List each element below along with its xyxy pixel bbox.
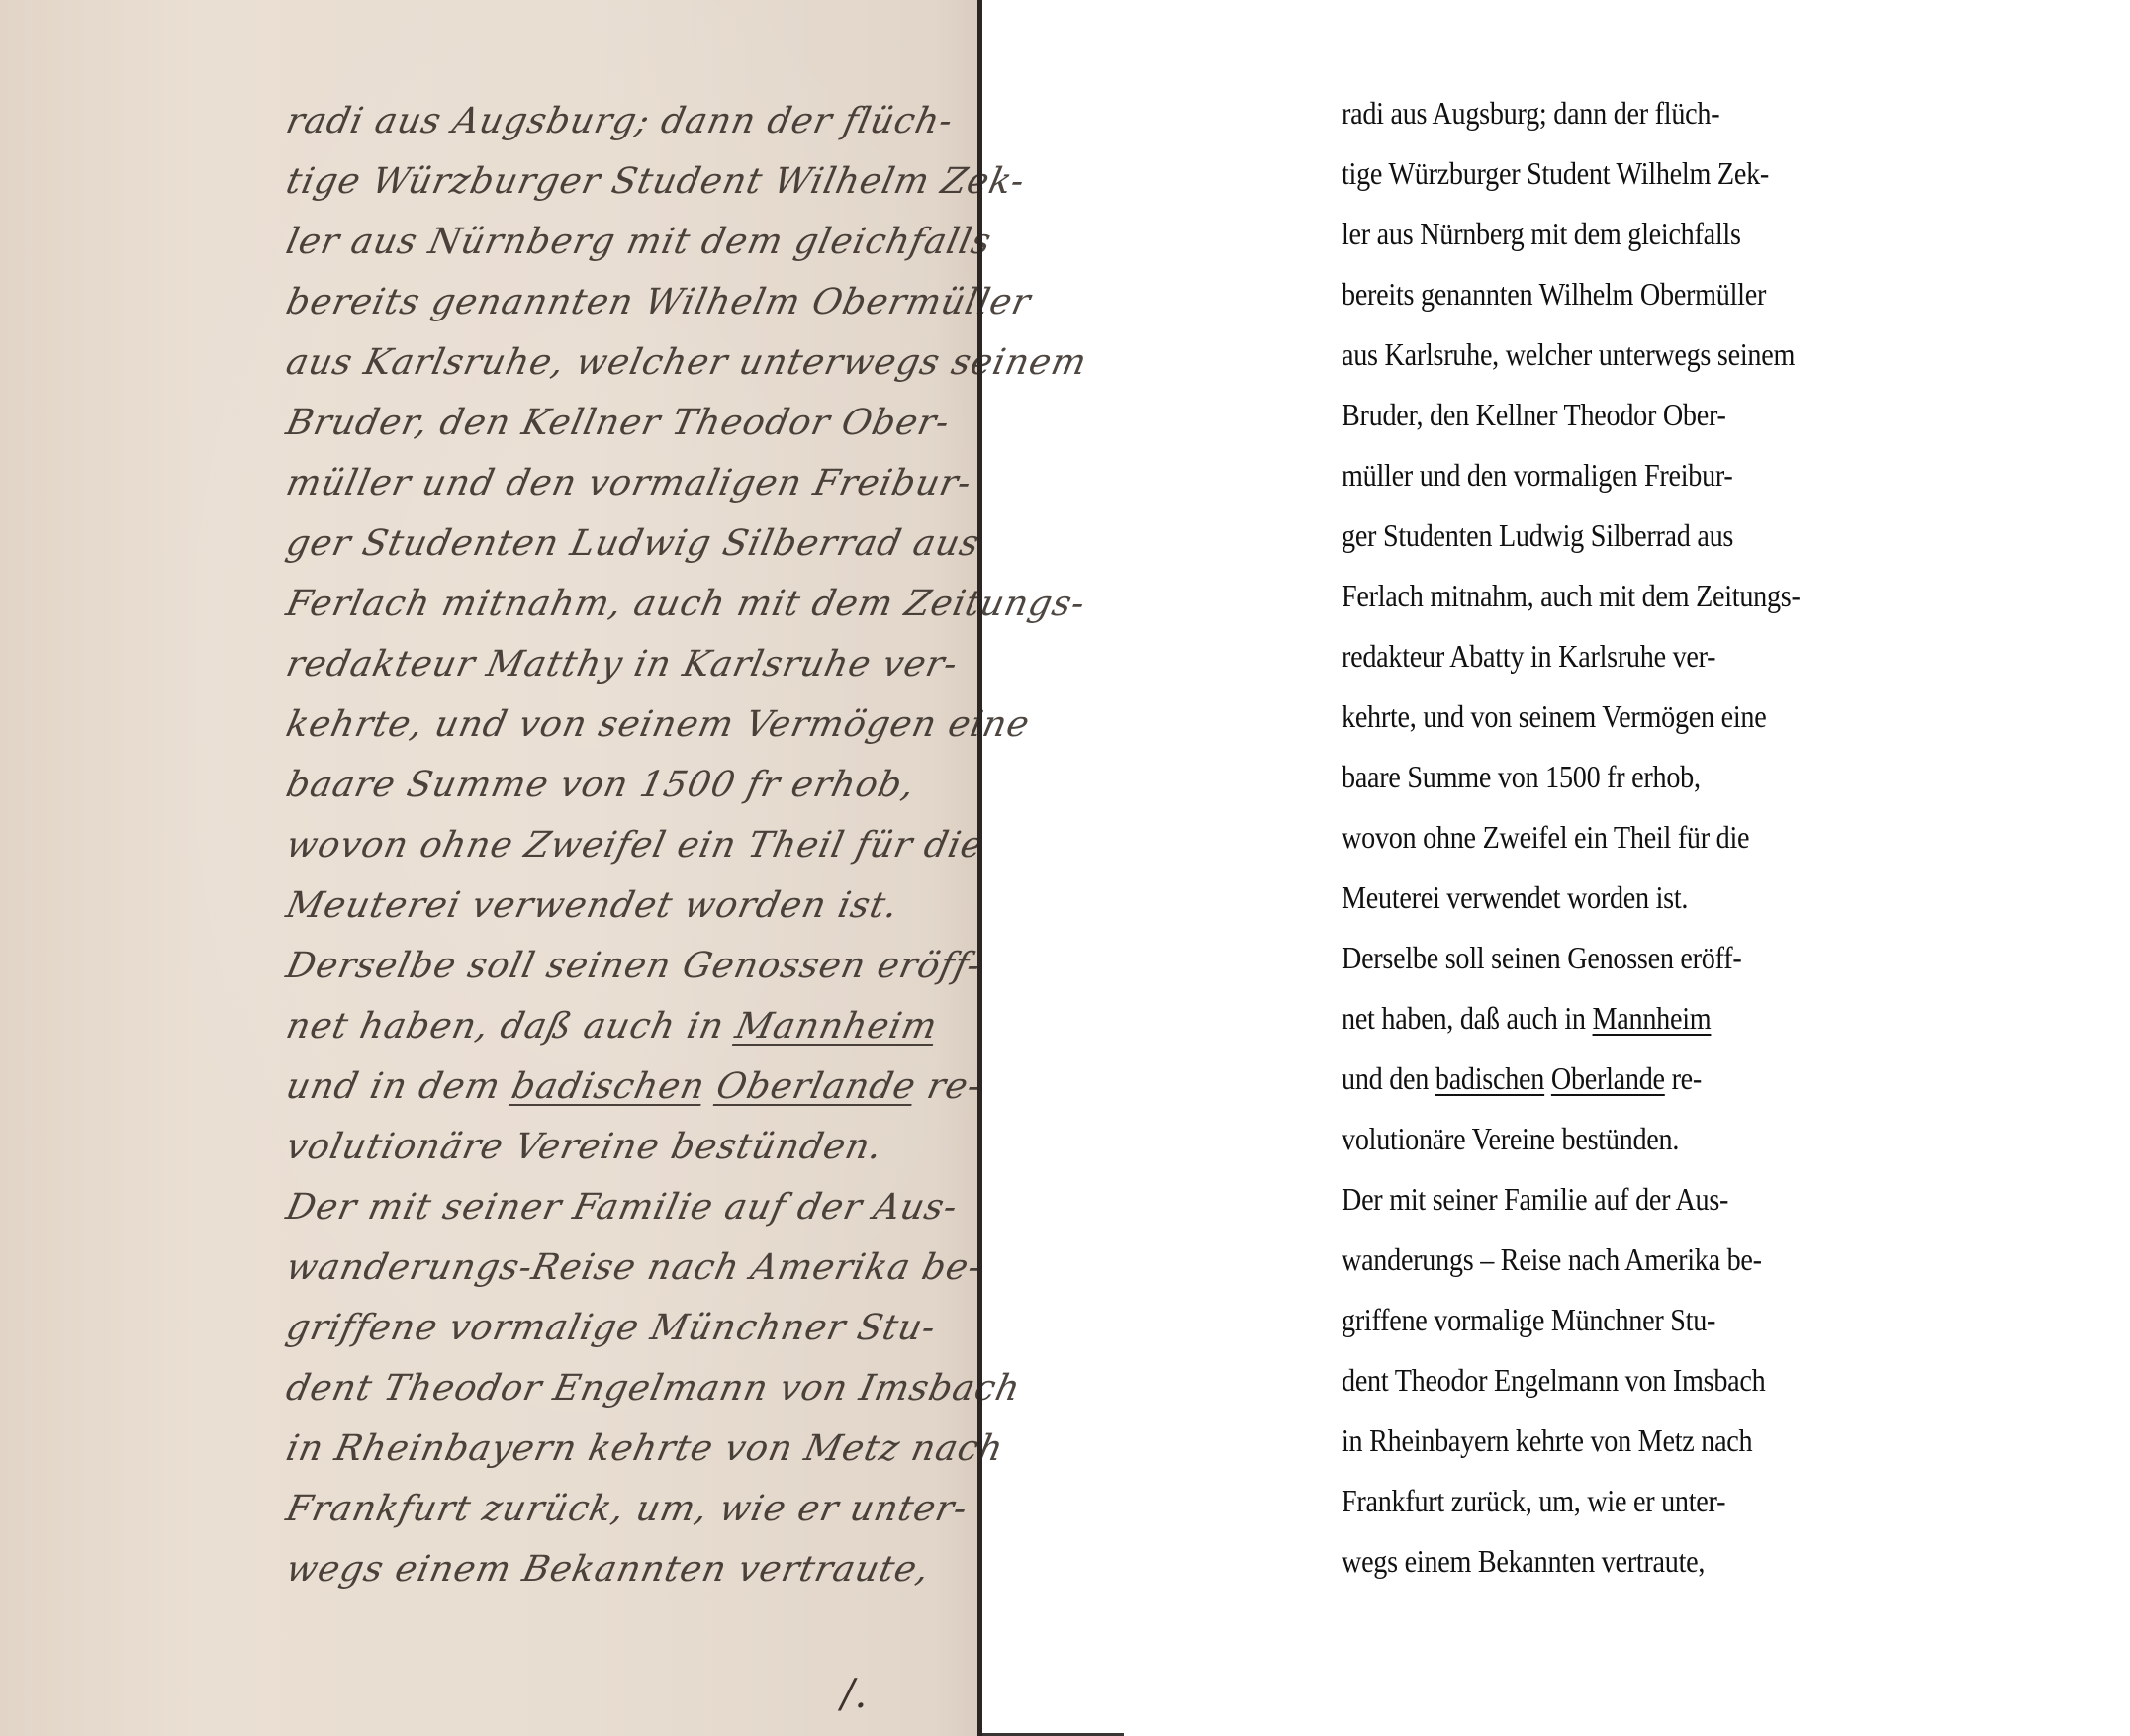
text-segment: in Rheinbayern kehrte von Metz nach — [1342, 1422, 1752, 1458]
handwritten-text: radi aus Augsburg; dann der flüch-tige W… — [287, 91, 979, 1599]
text-segment: kehrte, und von seinem Vermögen eine — [1342, 698, 1766, 734]
handwritten-line: griffene vormalige Münchner Stu- — [281, 1298, 986, 1358]
transcription-line: tige Würzburger Student Wilhelm Zek- — [1342, 143, 2003, 204]
handwritten-line: ger Studenten Ludwig Silberrad aus — [281, 513, 986, 574]
handwritten-line: Frankfurt zurück, um, wie er unter- — [281, 1479, 986, 1539]
transcription-line: wanderungs – Reise nach Amerika be- — [1342, 1230, 2003, 1290]
text-segment: radi aus Augsburg; dann der flüch- — [1342, 95, 1719, 131]
text-segment: bereits genannten Wilhelm Obermüller — [1342, 276, 1766, 312]
transcription-line: baare Summe von 1500 fr erhob, — [1342, 747, 2003, 807]
transcription-line: griffene vormalige Münchner Stu- — [1342, 1290, 2003, 1350]
handwritten-line: Meuterei verwendet worden ist. — [281, 875, 986, 936]
transcription-line: Ferlach mitnahm, auch mit dem Zeitungs- — [1342, 566, 2003, 626]
handwritten-line: dent Theodor Engelmann von Imsbach — [281, 1358, 986, 1418]
text-segment: wegs einem Bekannten vertraute, — [283, 1549, 934, 1590]
text-segment: net haben, daß auch in — [1342, 1000, 1593, 1036]
transcription-line: wegs einem Bekannten vertraute, — [1342, 1531, 2003, 1592]
text-segment: re- — [1665, 1060, 1702, 1096]
text-segment: ger Studenten Ludwig Silberrad aus — [1342, 517, 1733, 553]
handwritten-line: volutionäre Vereine bestünden. — [281, 1117, 986, 1177]
text-segment: müller und den vormaligen Freibur- — [1342, 457, 1733, 493]
transcription-line: Bruder, den Kellner Theodor Ober- — [1342, 385, 2003, 445]
text-segment: Ferlach mitnahm, auch mit dem Zeitungs- — [1342, 578, 1801, 613]
text-segment: Derselbe soll seinen Genossen eröff- — [283, 946, 985, 986]
text-segment: Der mit seiner Familie auf der Aus- — [283, 1187, 962, 1228]
manuscript-scan: radi aus Augsburg; dann der flüch-tige W… — [0, 0, 982, 1736]
text-segment: bereits genannten Wilhelm Obermüller — [283, 282, 1035, 322]
transcription-line: Der mit seiner Familie auf der Aus- — [1342, 1169, 2003, 1230]
text-segment: net haben, daß auch in — [283, 1006, 741, 1047]
text-segment: tige Würzburger Student Wilhelm Zek- — [1342, 155, 1769, 191]
transcription-line: ger Studenten Ludwig Silberrad aus — [1342, 505, 2003, 566]
text-segment — [1544, 1060, 1551, 1096]
handwritten-line: müller und den vormaligen Freibur- — [281, 453, 986, 513]
underlined-place-name: badischen — [509, 1066, 709, 1107]
text-segment: volutionäre Vereine bestünden. — [1342, 1121, 1679, 1156]
text-segment: redakteur Abatty in Karlsruhe ver- — [1342, 638, 1715, 674]
text-segment: müller und den vormaligen Freibur- — [283, 463, 975, 503]
handwritten-line: net haben, daß auch in Mannheim — [281, 996, 986, 1056]
handwritten-line: in Rheinbayern kehrte von Metz nach — [281, 1418, 986, 1479]
text-segment: dent Theodor Engelmann von Imsbach — [1342, 1362, 1765, 1398]
handwritten-line: aus Karlsruhe, welcher unterwegs seinem — [281, 332, 986, 393]
transcription-line: wovon ohne Zweifel ein Theil für die — [1342, 807, 2003, 868]
transcription-line: ler aus Nürnberg mit dem gleichfalls — [1342, 204, 2003, 264]
text-segment: re- — [911, 1066, 985, 1107]
underlined-place-name: Oberlande — [1551, 1060, 1665, 1096]
text-segment: Meuterei verwendet worden ist. — [1342, 879, 1688, 915]
handwritten-line: Bruder, den Kellner Theodor Ober- — [281, 393, 986, 453]
text-segment: wanderungs-Reise nach Amerika be- — [283, 1247, 986, 1288]
text-segment: wegs einem Bekannten vertraute, — [1342, 1543, 1705, 1579]
text-segment: in Rheinbayern kehrte von Metz nach — [283, 1428, 1008, 1469]
underlined-place-name: badischen — [1435, 1060, 1544, 1096]
transcription-line: bereits genannten Wilhelm Obermüller — [1342, 264, 2003, 324]
transcription-line: in Rheinbayern kehrte von Metz nach — [1342, 1411, 2003, 1471]
underlined-place-name: Mannheim — [732, 1006, 942, 1047]
text-segment: und den — [1342, 1060, 1435, 1096]
text-segment: Bruder, den Kellner Theodor Ober- — [283, 403, 954, 443]
transcription-line: Frankfurt zurück, um, wie er unter- — [1342, 1471, 2003, 1531]
scan-page-edge — [977, 0, 982, 1736]
text-segment: volutionäre Vereine bestünden. — [283, 1127, 886, 1167]
transcription-line: Meuterei verwendet worden ist. — [1342, 868, 2003, 928]
text-segment: baare Summe von 1500 fr erhob, — [283, 765, 919, 805]
handwritten-line: kehrte, und von seinem Vermögen eine — [281, 694, 986, 755]
text-segment: ler aus Nürnberg mit dem gleichfalls — [283, 222, 995, 262]
text-segment: aus Karlsruhe, welcher unterwegs seinem — [283, 342, 1091, 383]
handwritten-line: und in dem badischen Oberlande re- — [281, 1056, 986, 1117]
handwritten-line: Derselbe soll seinen Genossen eröff- — [281, 936, 986, 996]
handwritten-line: Der mit seiner Familie auf der Aus- — [281, 1177, 986, 1237]
transcription-line: volutionäre Vereine bestünden. — [1342, 1109, 2003, 1169]
text-segment: ler aus Nürnberg mit dem gleichfalls — [1342, 216, 1741, 251]
text-segment: radi aus Augsburg; dann der flüch- — [283, 101, 958, 141]
text-segment: kehrte, und von seinem Vermögen eine — [283, 704, 1034, 745]
text-segment: Der mit seiner Familie auf der Aus- — [1342, 1181, 1728, 1217]
text-segment: redakteur Matthy in Karlsruhe ver- — [283, 644, 962, 685]
handwritten-line: wovon ohne Zweifel ein Theil für die — [281, 815, 986, 875]
handwritten-line: bereits genannten Wilhelm Obermüller — [281, 272, 986, 332]
text-segment: aus Karlsruhe, welcher unterwegs seinem — [1342, 336, 1795, 372]
text-segment: Derselbe soll seinen Genossen eröff- — [1342, 940, 1741, 975]
text-segment: Frankfurt zurück, um, wie er unter- — [283, 1489, 972, 1529]
page-end-mark: /. — [841, 1672, 867, 1717]
transcription-line: und den badischen Oberlande re- — [1342, 1049, 2003, 1109]
transcription-text: radi aus Augsburg; dann der flüch-tige W… — [1342, 83, 2093, 1592]
text-segment: dent Theodor Engelmann von Imsbach — [283, 1368, 1025, 1409]
text-segment: wovon ohne Zweifel ein Theil für die — [283, 825, 987, 866]
text-segment: griffene vormalige Münchner Stu- — [1342, 1302, 1715, 1337]
transcription-line: aus Karlsruhe, welcher unterwegs seinem — [1342, 324, 2003, 385]
underlined-place-name: Oberlande — [712, 1066, 919, 1107]
text-segment: Meuterei verwendet worden ist. — [283, 885, 902, 926]
handwritten-line: radi aus Augsburg; dann der flüch- — [281, 91, 986, 151]
text-segment: Frankfurt zurück, um, wie er unter- — [1342, 1483, 1725, 1518]
handwritten-line: ler aus Nürnberg mit dem gleichfalls — [281, 212, 986, 272]
text-segment: Ferlach mitnahm, auch mit dem Zeitungs- — [283, 584, 1089, 624]
handwritten-line: wanderungs-Reise nach Amerika be- — [281, 1237, 986, 1298]
text-segment: baare Summe von 1500 fr erhob, — [1342, 759, 1701, 794]
handwritten-line: redakteur Matthy in Karlsruhe ver- — [281, 634, 986, 694]
text-segment: tige Würzburger Student Wilhelm Zek- — [283, 161, 1029, 202]
transcription-line: net haben, daß auch in Mannheim — [1342, 988, 2003, 1049]
transcription-line: Derselbe soll seinen Genossen eröff- — [1342, 928, 2003, 988]
handwritten-line: wegs einem Bekannten vertraute, — [281, 1539, 986, 1599]
text-segment: ger Studenten Ludwig Silberrad aus — [283, 523, 983, 564]
text-segment: und in dem — [283, 1066, 517, 1107]
text-segment: wovon ohne Zweifel ein Theil für die — [1342, 819, 1749, 855]
transcription-line: redakteur Abatty in Karlsruhe ver- — [1342, 626, 2003, 686]
handwritten-line: Ferlach mitnahm, auch mit dem Zeitungs- — [281, 574, 986, 634]
text-segment: griffene vormalige Münchner Stu- — [283, 1308, 940, 1348]
transcription-line: dent Theodor Engelmann von Imsbach — [1342, 1350, 2003, 1411]
underlined-place-name: Mannheim — [1593, 1000, 1712, 1036]
transcription-line: kehrte, und von seinem Vermögen eine — [1342, 686, 2003, 747]
text-segment: Bruder, den Kellner Theodor Ober- — [1342, 397, 1726, 432]
text-segment: wanderungs – Reise nach Amerika be- — [1342, 1241, 1762, 1277]
transcription-line: radi aus Augsburg; dann der flüch- — [1342, 83, 2003, 143]
handwritten-line: tige Würzburger Student Wilhelm Zek- — [281, 151, 986, 212]
handwritten-line: baare Summe von 1500 fr erhob, — [281, 755, 986, 815]
transcription-line: müller und den vormaligen Freibur- — [1342, 445, 2003, 505]
